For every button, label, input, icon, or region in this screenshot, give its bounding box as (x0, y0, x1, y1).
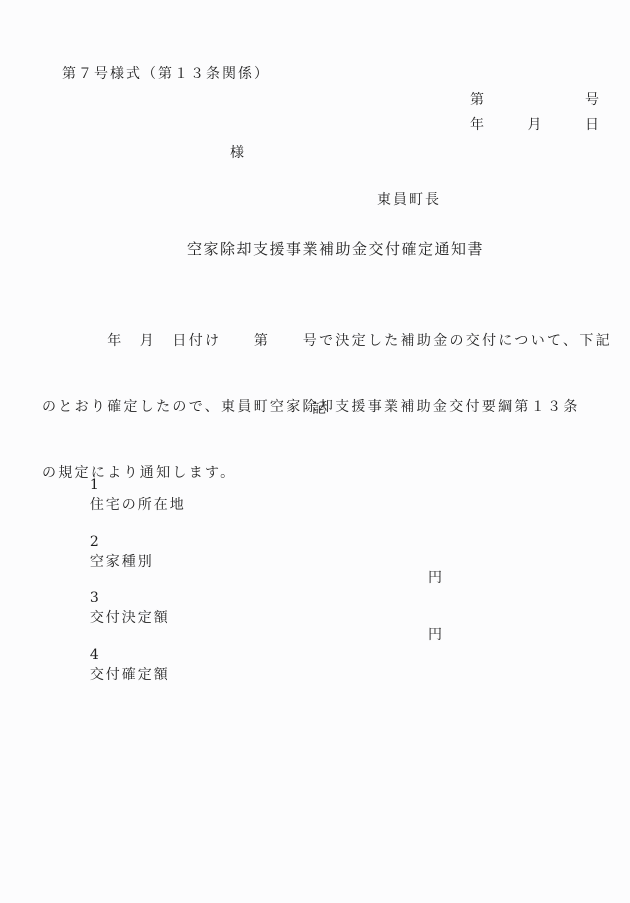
body-line-1: 年 月 日付け 第 号で決定した補助金の交付について、下記 (42, 328, 602, 354)
document-page: 第７号様式（第１３条関係） 第 号 年 月 日 様 東員町長 空家除却支援事業補… (0, 0, 630, 903)
item-label: 交付確定額 (90, 665, 170, 685)
item-unit-yen: 円 (428, 568, 444, 588)
date-day-label: 日 (585, 115, 601, 135)
date-month-label: 月 (528, 115, 544, 135)
item-number: 3 (90, 588, 119, 608)
item-number: 2 (90, 532, 119, 552)
date-line: 年 月 日 (470, 115, 601, 135)
list-marker: 記 (312, 399, 328, 419)
date-year-label: 年 (470, 115, 486, 135)
doc-number-suffix: 号 (585, 90, 601, 110)
doc-number-prefix: 第 (470, 90, 486, 110)
item-row-confirmed-amount: 4 交付確定額 円 (64, 625, 604, 725)
item-number: 1 (90, 475, 119, 495)
item-number: 4 (90, 645, 119, 665)
doc-number-line: 第 号 (470, 90, 601, 110)
addressee-honorific: 様 (230, 143, 246, 163)
sender-name: 東員町長 (377, 190, 441, 210)
document-title: 空家除却支援事業補助金交付確定通知書 (187, 239, 484, 259)
form-number-label: 第７号様式（第１３条関係） (62, 64, 270, 84)
item-unit-yen: 円 (428, 625, 444, 645)
